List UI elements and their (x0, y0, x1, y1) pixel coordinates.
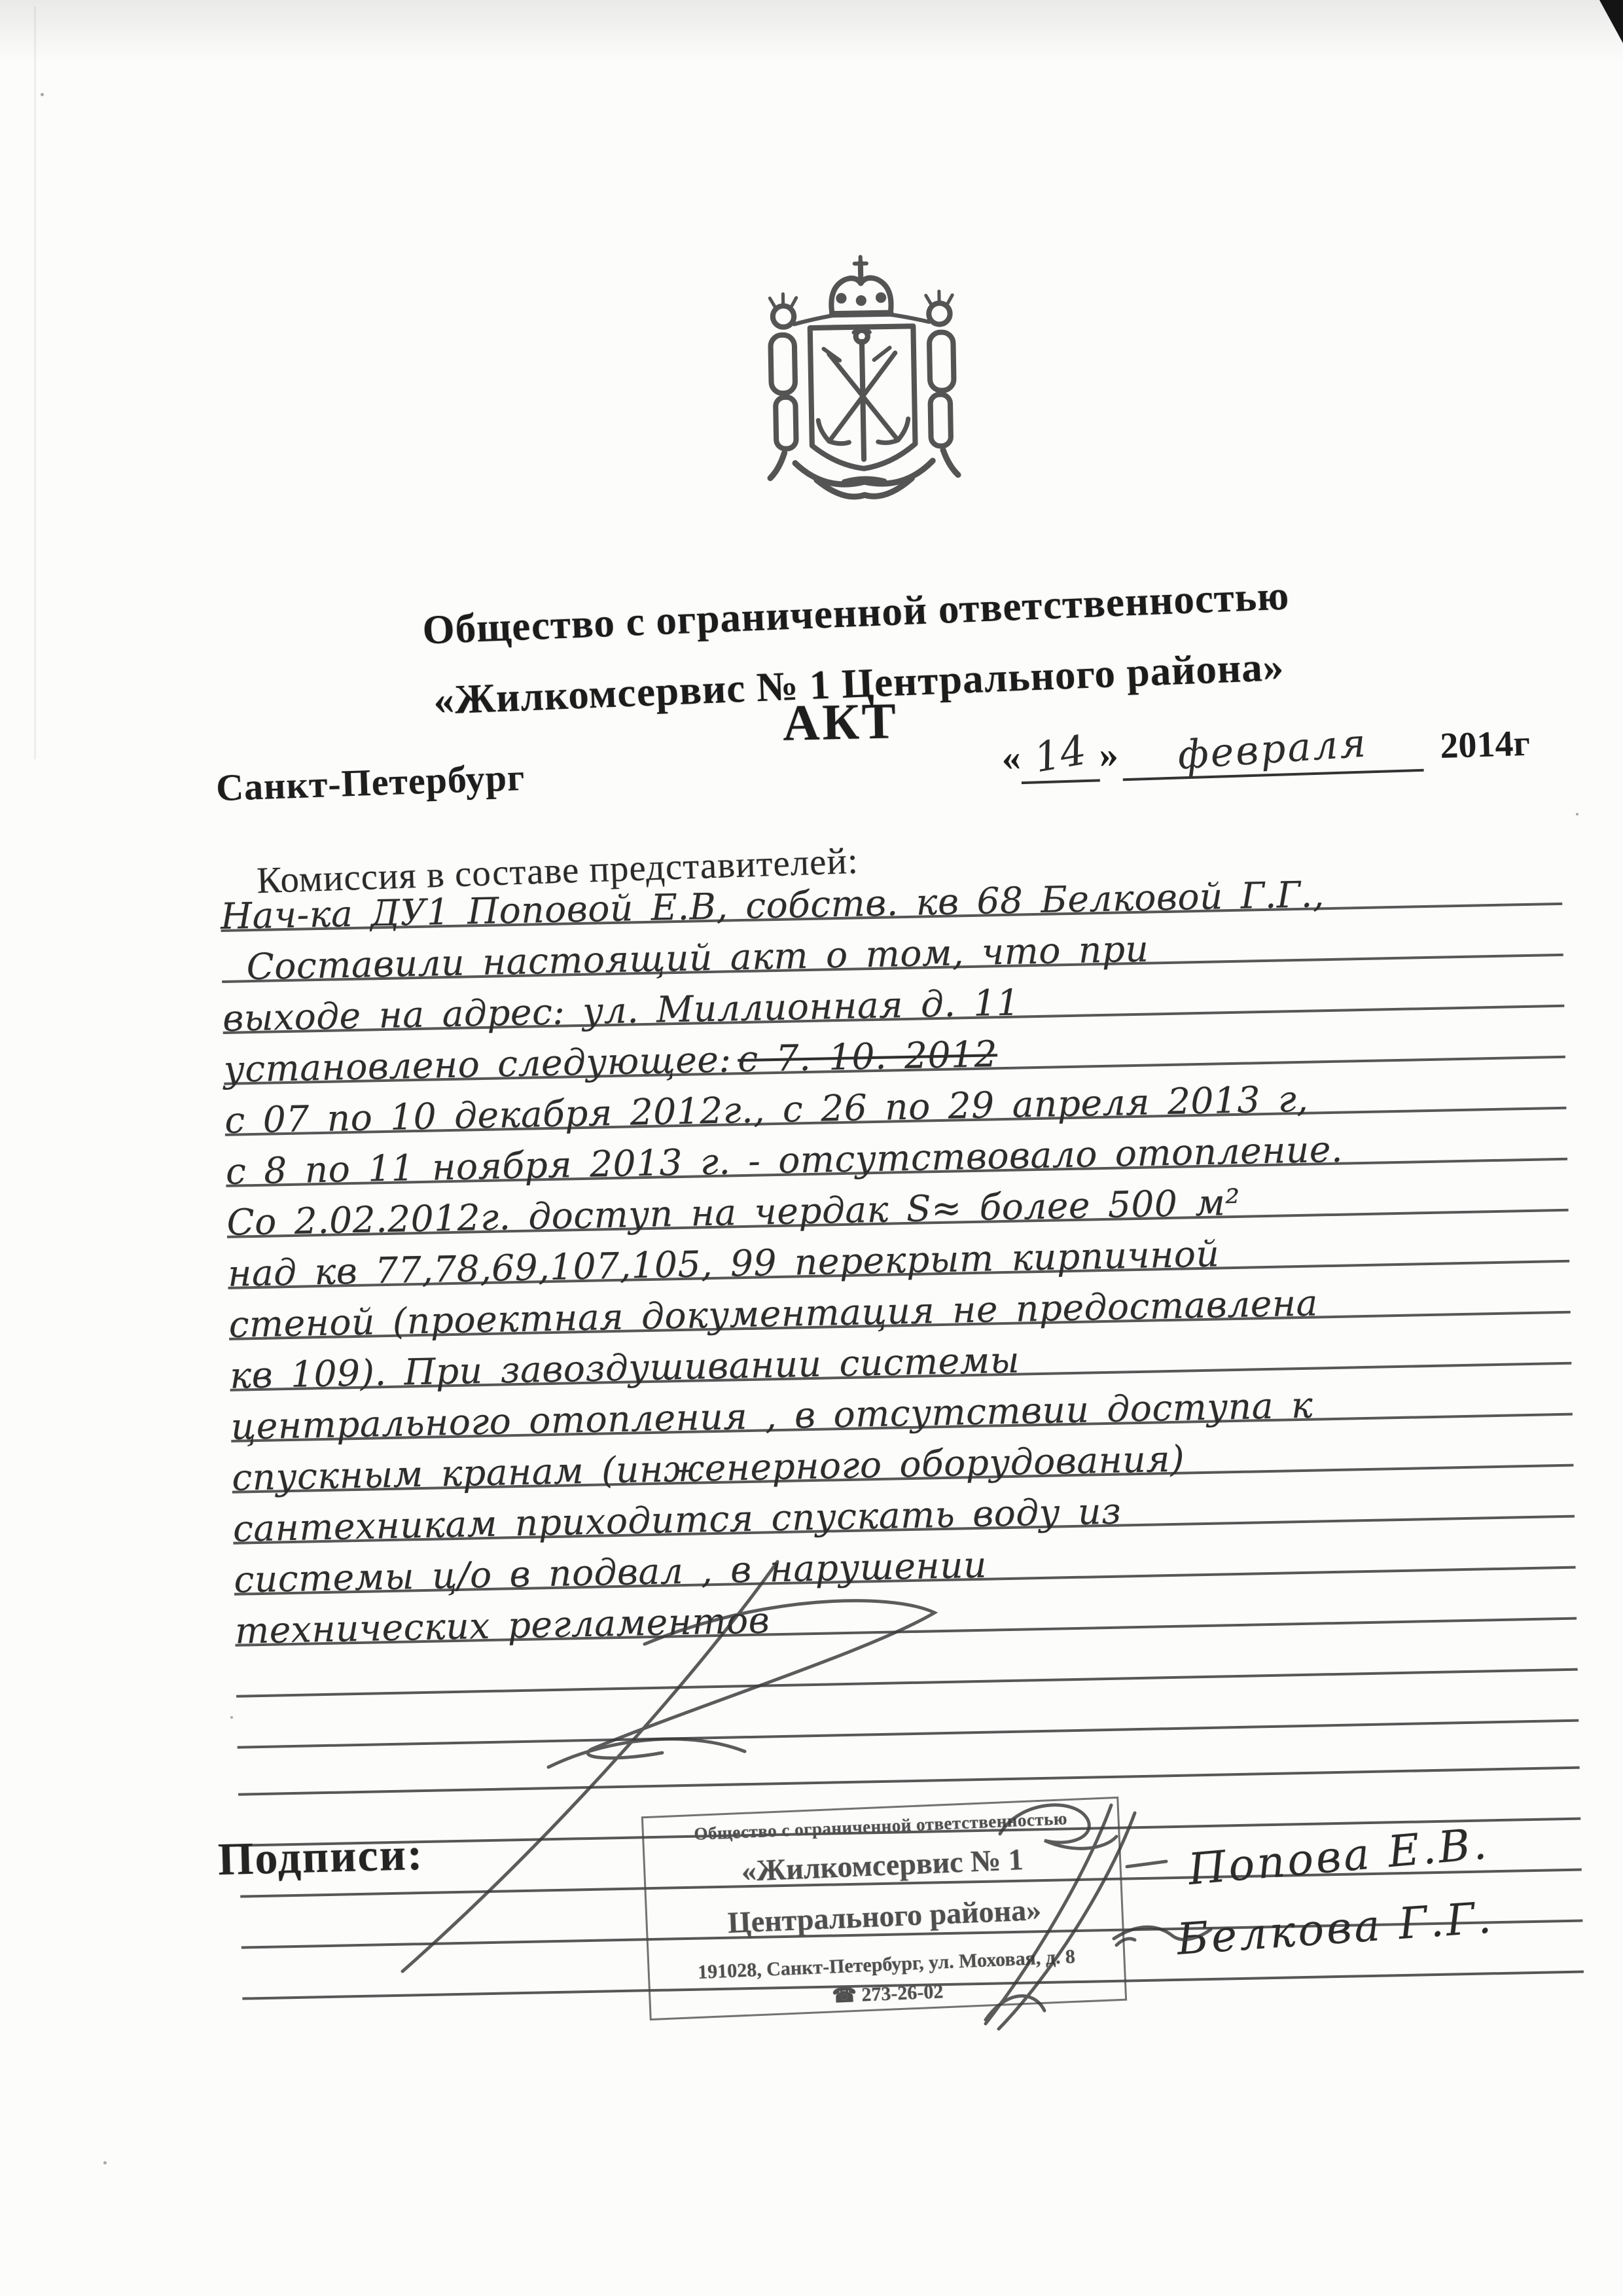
org-stamp: Общество с ограниченной ответственностью… (641, 1797, 1127, 2020)
handwritten-month: февраля (1176, 720, 1369, 778)
handwritten-day: 14 (1030, 726, 1089, 781)
handwritten-month-field: февраля (1122, 722, 1424, 781)
handwritten-day-field: 14 (1020, 728, 1099, 784)
close-guillemet: » (1099, 732, 1119, 781)
stamp-org-name-line1: «Жилкомсервис № 1 (645, 1838, 1120, 1892)
phone-icon: ☎ (832, 1984, 857, 2007)
scan-speck (103, 2161, 107, 2164)
scan-top-shade (0, 0, 1623, 62)
scan-speck (230, 1716, 233, 1719)
saint-petersburg-coat-of-arms-icon (734, 247, 990, 516)
scan-edge-noise (34, 7, 36, 759)
signatures-label: Подписи: (217, 1829, 424, 1886)
year-label: 2014г (1439, 723, 1531, 771)
scanned-act-document: Общество с ограниченной ответственностью… (0, 0, 1623, 2296)
scan-speck (41, 93, 44, 96)
city-label: Санкт-Петербург (215, 755, 526, 810)
open-guillemet: « (1001, 735, 1022, 785)
scan-speck (1576, 813, 1578, 816)
stamp-org-name-line2: Центрального района» (647, 1889, 1122, 1943)
date-line: « 14 » февраля 2014г (1001, 715, 1531, 785)
doc-title: АКТ (782, 691, 899, 753)
stamp-phone-number: 273-26-02 (861, 1981, 944, 2005)
